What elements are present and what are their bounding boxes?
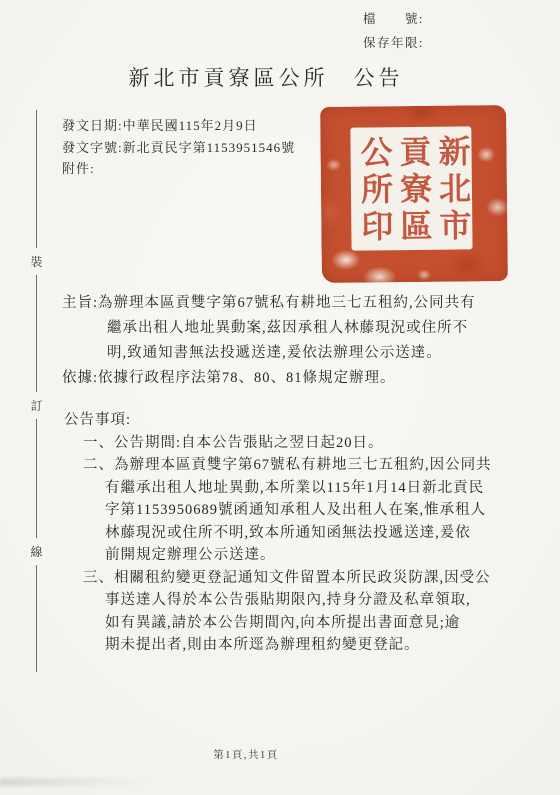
announcement-document: 檔 號: 保存年限: 新北市貢寮區公所 公告 發文日期:中華民國115年2月9日… (0, 0, 560, 795)
item-2-line-3: 字第1153950689號函通知承租人及出租人在案,惟承租人 (62, 499, 532, 522)
item-2-line-5: 前開規定辦理公示送達。 (62, 544, 532, 567)
binding-mark-ding: 訂 (28, 392, 45, 419)
item-1-number: 一、 (83, 435, 114, 451)
issue-number: 發文字號:新北貢民字第1153951546號 (62, 137, 295, 159)
binding-mark-xian: 線 (28, 538, 45, 565)
doc-info-block: 發文日期:中華民國115年2月9日 發文字號:新北貢民字第1153951546號… (62, 115, 295, 180)
subject-line-3: 明,致通知書無法投遞送達,爰依法辦理公示送達。 (62, 341, 532, 366)
item-2-number: 二、 (83, 457, 114, 473)
document-body: 主旨:為辦理本區貢雙字第67號私有耕地三七五租約,公同共有 繼承出租人地址異動案… (62, 291, 532, 657)
item-3-line-4: 期未提出者,則由本所逕為辦理租約變更登記。 (62, 634, 532, 657)
item-2-text-1: 為辦理本區貢雙字第67號私有耕地三七五租約,因公同共 (114, 457, 492, 473)
item-1-line-1: 一、公告期間:自本公告張貼之翌日起20日。 (62, 432, 532, 455)
page-title: 新北市貢寮區公所 公告 (0, 62, 532, 92)
subject-label: 主旨: (62, 295, 98, 311)
retention-period-label: 保存年限: (363, 31, 424, 55)
basis-line: 依據:依據行政程序法第78、80、81條規定辦理。 (62, 366, 532, 391)
subject-text-1: 為辦理本區貢雙字第67號私有耕地三七五租約,公同共有 (98, 295, 476, 311)
binding-edge-line (36, 110, 37, 672)
seal-text-column-middle: 貢寮區 (391, 135, 430, 246)
item-2-line-1: 二、為辦理本區貢雙字第67號私有耕地三七五租約,因公同共 (62, 454, 532, 477)
seal-text-column-left: 公所印 (352, 135, 391, 246)
items-heading: 公告事項: (62, 409, 532, 432)
binding-mark-zhuang: 裝 (28, 248, 45, 275)
item-3-number: 三、 (83, 570, 114, 586)
item-1-text-1: 公告期間:自本公告張貼之翌日起20日。 (114, 435, 384, 451)
basis-label: 依據: (62, 370, 98, 386)
item-2-line-4: 林藤現況或住所不明,致本所通知函無法投遞送達,爰依 (62, 522, 532, 545)
scan-smudge (0, 778, 155, 786)
item-3-line-3: 如有異議,請於本公告期間內,向本所提出書面意見;逾 (62, 612, 532, 635)
item-3-line-2: 事送達人得於本公告張貼期限內,持身分證及私章領取, (62, 589, 532, 612)
page-number: 第1頁,共1頁 (0, 747, 492, 762)
archival-label-block: 檔 號: 保存年限: (363, 7, 424, 55)
attachment-label: 附件: (62, 158, 295, 180)
item-3-line-1: 三、相關租約變更登記通知文件留置本所民政災防課,因受公 (62, 567, 532, 590)
basis-text: 依據行政程序法第78、80、81條規定辦理。 (98, 370, 396, 386)
item-3-text-1: 相關租約變更登記通知文件留置本所民政災防課,因受公 (114, 570, 491, 586)
official-seal-stamp: 公所印 貢寮區 新北市 (320, 105, 508, 283)
file-number-label: 檔 號: (363, 7, 424, 31)
seal-text-column-right: 新北市 (430, 134, 469, 245)
issue-date: 發文日期:中華民國115年2月9日 (62, 115, 295, 137)
subject-line-1: 主旨:為辦理本區貢雙字第67號私有耕地三七五租約,公同共有 (62, 291, 532, 316)
seal-inner-face: 公所印 貢寮區 新北市 (350, 126, 472, 250)
subject-line-2: 繼承出租人地址異動案,茲因承租人林藤現況或住所不 (62, 316, 532, 341)
item-2-line-2: 有繼承出租人地址異動,本所業以115年1月14日新北貢民 (62, 477, 532, 500)
